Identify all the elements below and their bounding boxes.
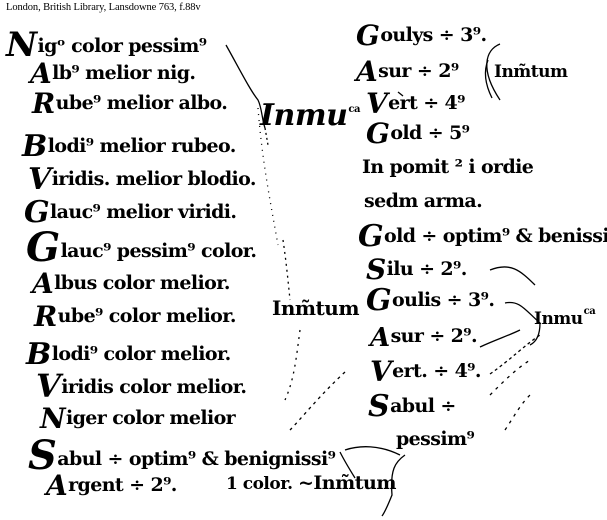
entry-sedm-arma: sedm arma. (364, 190, 482, 212)
entry-text: ube⁹ color melior. (58, 305, 236, 327)
entry-text: pessim⁹ (396, 428, 474, 450)
entry-rubeus-color: Rube⁹ color melior. (34, 303, 236, 331)
entry-text: sur ÷ 2⁹ (378, 60, 458, 82)
entry-niger-color: Niger color melior (40, 405, 235, 433)
entry-text: oulys ÷ 3⁹. (380, 24, 486, 46)
entry-text: lauc⁹ melior viridi. (50, 201, 236, 223)
entry-text: abul ÷ (390, 395, 456, 417)
initial-letter: V (366, 87, 387, 120)
manuscript-page: Nigᵒ color pessim⁹ Alb⁹ melior nig. Rube… (0, 0, 607, 520)
marginal-bottom-color: 1 color. (226, 474, 293, 494)
entry-text: lb⁹ melior nig. (52, 62, 195, 84)
entry-text: lodi⁹ color melior. (52, 343, 231, 365)
entry-argent: Argent ÷ 2⁹. (46, 472, 177, 500)
entry-text: old ÷ 5⁹ (390, 122, 469, 144)
initial-letter: B (22, 129, 47, 164)
initial-letter: N (40, 402, 65, 435)
entry-text: sur ÷ 2⁹. (391, 325, 477, 347)
entry-text: iridis. melior blodio. (52, 168, 256, 190)
initial-letter: A (46, 469, 67, 502)
entry-text: ube⁹ melior albo. (56, 92, 228, 114)
initial-letter: A (32, 267, 53, 300)
initial-letter: A (30, 57, 51, 90)
entry-rubeus: Rube⁹ melior albo. (32, 90, 227, 118)
initial-letter: V (28, 162, 51, 197)
initial-letter: V (370, 355, 391, 388)
entry-vert: Vert ÷ 4⁹ (366, 90, 465, 118)
initial-letter: G (366, 117, 389, 150)
entry-albus: Alb⁹ melior nig. (30, 60, 195, 88)
initial-letter: A (370, 323, 390, 353)
entry-albus-color: Albus color melior. (32, 270, 230, 298)
entry-sabul: Sabul ÷ (368, 392, 456, 422)
entry-asur-2: Asur ÷ 2⁹. (370, 325, 477, 351)
entry-sabulus: Sabul ÷ optim⁹ & benignissi⁹ (28, 436, 335, 476)
initial-letter: G (356, 19, 379, 52)
initial-letter: S (368, 389, 389, 424)
entry-text: lodi⁹ melior rubeo. (48, 135, 236, 157)
entry-goulis: Goulis ÷ 3⁹. (366, 286, 494, 316)
initial-letter: G (26, 224, 60, 271)
entry-text: iridis color melior. (61, 376, 246, 398)
entry-glaucus-pessimus: Glauc⁹ pessim⁹ color. (26, 228, 256, 268)
initial-letter: R (32, 87, 55, 120)
entry-blodius-color: Blodi⁹ color melior. (26, 340, 231, 370)
entry-text: igᵒ color pessim⁹ (37, 35, 206, 57)
initial-letter: G (366, 283, 391, 318)
entry-vert-2: Vert. ÷ 4⁹. (370, 358, 481, 386)
entry-text: lauc⁹ pessim⁹ color. (61, 240, 257, 262)
entry-gold: Gold ÷ 5⁹ (366, 120, 469, 148)
initial-letter: S (366, 253, 386, 286)
marginal-inmutatum-middle: Inm̃tum (272, 296, 359, 320)
entry-viridis: Viridis. melior blodio. (28, 165, 256, 195)
entry-text: rgent ÷ 2⁹. (68, 474, 177, 496)
entry-text: oulis ÷ 3⁹. (392, 289, 494, 311)
entry-text: old ÷ optim⁹ & benissi⁹ (384, 225, 607, 247)
entry-in-pomit: In pomit ² i ordie (362, 156, 533, 178)
entry-text: ilu ÷ 2⁹. (387, 258, 467, 280)
entry-viridis-color: Viridis color melior. (36, 370, 246, 402)
initial-letter: A (356, 55, 377, 88)
marginal-inmutatum-right-middle: Inmuca (534, 306, 595, 329)
marginal-bottom-inmutatum: ~Inm̃tum (298, 472, 396, 494)
entry-text: ert ÷ 4⁹ (388, 92, 465, 114)
entry-gold-optimus: Gold ÷ optim⁹ & benissi⁹ (358, 222, 607, 252)
entry-text: ert. ÷ 4⁹. (392, 360, 481, 382)
initial-letter: V (36, 367, 60, 405)
entry-goulys: Goulys ÷ 3⁹. (356, 22, 486, 50)
entry-silu: Silu ÷ 2⁹. (366, 256, 467, 284)
entry-text: iger color melior (66, 407, 235, 429)
initial-letter: R (34, 300, 57, 333)
entry-pessimus: pessim⁹ (396, 428, 474, 450)
entry-asur: Asur ÷ 2⁹ (356, 58, 459, 86)
marginal-inmutatum-top: Inmuca (260, 98, 360, 133)
entry-text: lbus color melior. (54, 272, 230, 294)
entry-text: In pomit ² i ordie (362, 156, 533, 178)
entry-blodius: Blodi⁹ melior rubeo. (22, 132, 236, 162)
entry-text: abul ÷ optim⁹ & benignissi⁹ (57, 448, 335, 470)
marginal-inmutatum-right-top: Inm̃tum (494, 62, 568, 82)
initial-letter: G (358, 219, 383, 254)
entry-text: sedm arma. (364, 190, 482, 212)
